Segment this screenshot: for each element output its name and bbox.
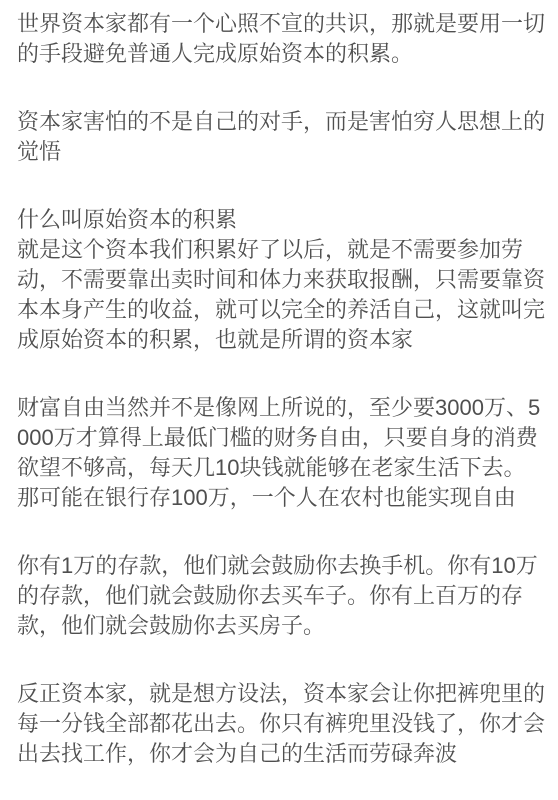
paragraph-spend-every-penny: 反正资本家，就是想方设法，资本家会让你把裤兜里的每一分钱全部都花出去。你只有裤兜… [17,679,546,769]
paragraph-savings-encouragement: 你有1万的存款，他们就会鼓励你去换手机。你有10万的存款，他们就会鼓励你去买车子… [17,551,546,641]
paragraph-capitalist-consensus: 世界资本家都有一个心照不宣的共识，那就是要用一切的手段避免普通人完成原始资本的积… [17,9,546,69]
text-document: 世界资本家都有一个心照不宣的共识，那就是要用一切的手段避免普通人完成原始资本的积… [0,0,558,800]
paragraph-primitive-accumulation-definition: 什么叫原始资本的积累 就是这个资本我们积累好了以后，就是不需要参加劳动，不需要靠… [17,205,546,355]
paragraph-financial-freedom: 财富自由当然并不是像网上所说的，至少要3000万、5000万才算得上最低门槛的财… [17,393,546,513]
paragraph-capitalist-fear: 资本家害怕的不是自己的对手，而是害怕穷人思想上的觉悟 [17,107,546,167]
